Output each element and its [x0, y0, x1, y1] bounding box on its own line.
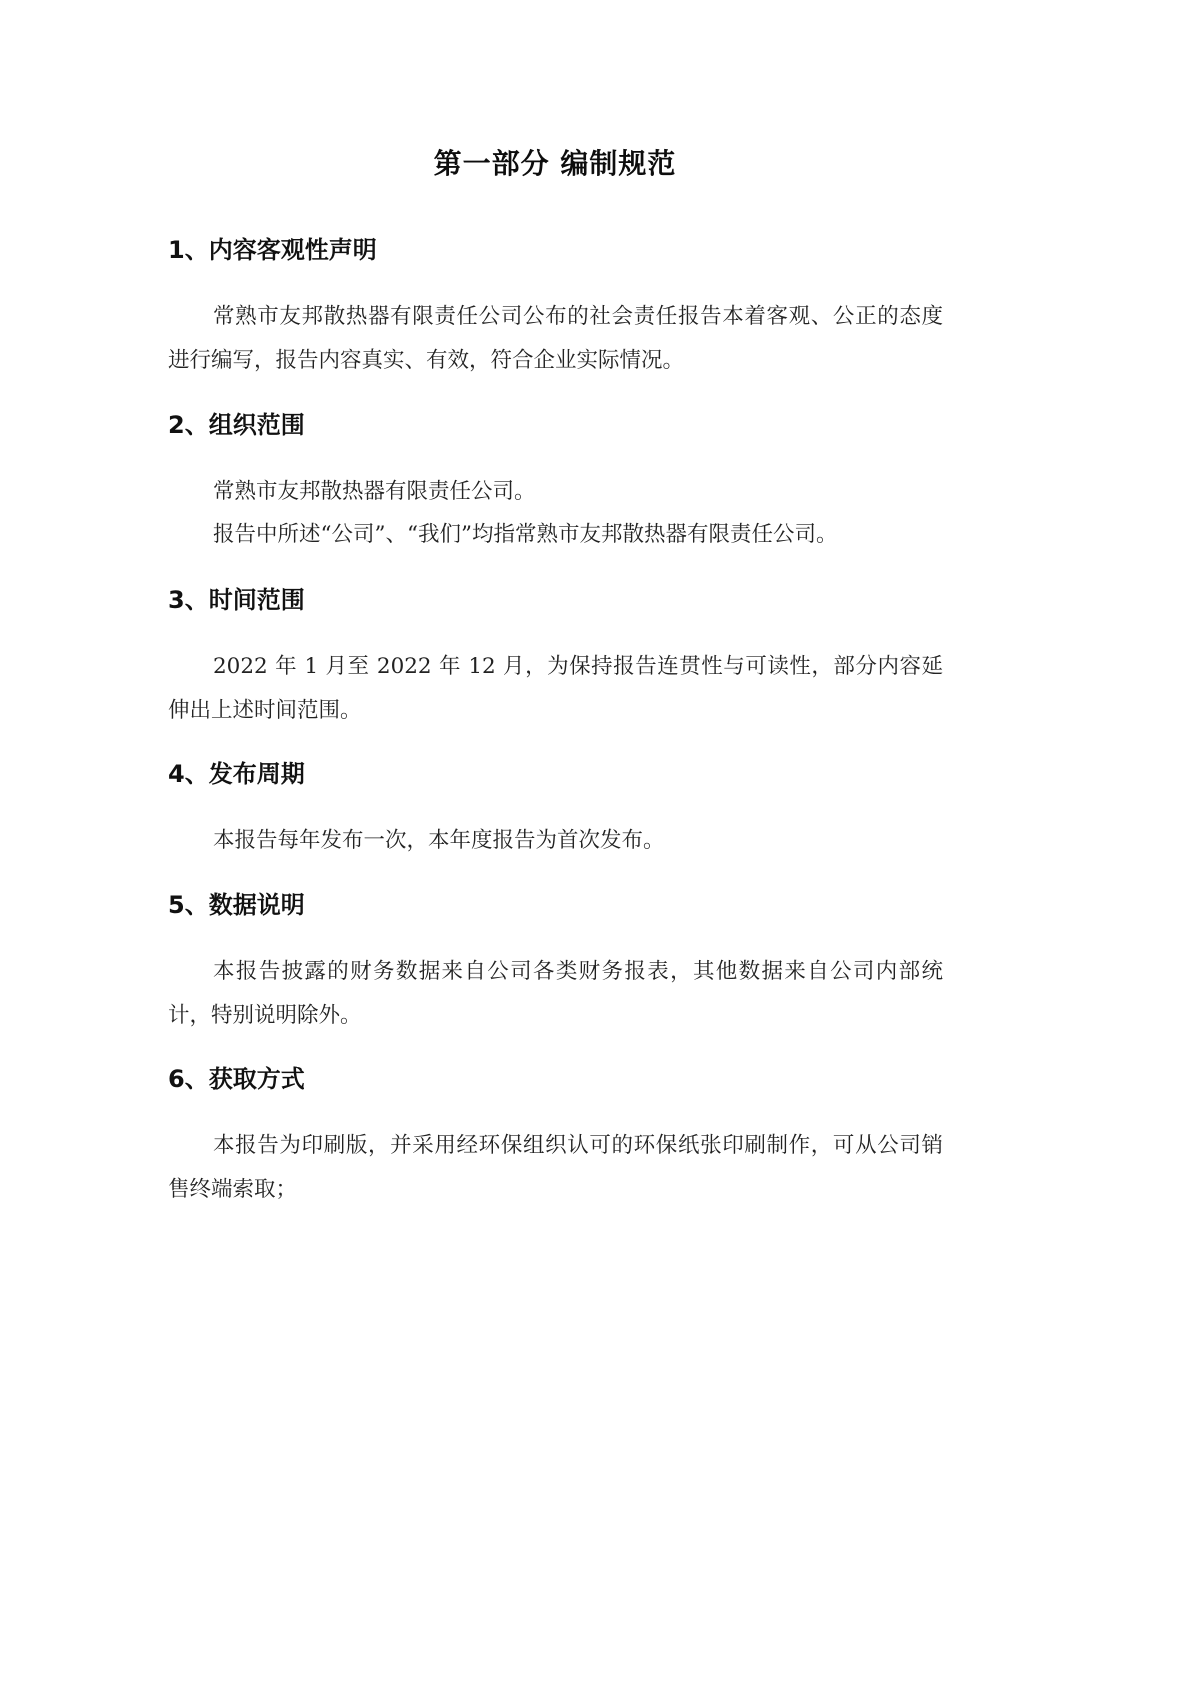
section-paragraph: 本报告每年发布一次，本年度报告为首次发布。 [168, 819, 943, 863]
section-paragraph: 常熟市友邦散热器有限责任公司。 [168, 470, 943, 514]
section-paragraph: 2022 年 1 月至 2022 年 12 月，为保持报告连贯性与可读性，部分内… [168, 645, 943, 733]
section-heading-organization-scope: 2、组织范围 [168, 408, 305, 442]
section-paragraph: 报告中所述“公司”、“我们”均指常熟市友邦散热器有限责任公司。 [168, 513, 943, 557]
section-paragraph: 本报告为印刷版，并采用经环保组织认可的环保纸张印刷制作，可从公司销售终端索取； [168, 1124, 943, 1212]
section-paragraph: 常熟市友邦散热器有限责任公司公布的社会责任报告本着客观、公正的态度进行编写，报告… [168, 295, 943, 383]
section-heading-time-scope: 3、时间范围 [168, 583, 305, 617]
section-paragraph: 本报告披露的财务数据来自公司各类财务报表，其他数据来自公司内部统计，特别说明除外… [168, 950, 943, 1038]
section-heading-publication-cycle: 4、发布周期 [168, 757, 305, 791]
page-title: 第一部分 编制规范 [0, 144, 1110, 184]
section-heading-content-objectivity: 1、内容客观性声明 [168, 233, 377, 267]
section-heading-access-method: 6、获取方式 [168, 1062, 305, 1096]
section-heading-data-description: 5、数据说明 [168, 888, 305, 922]
document-page: 第一部分 编制规范 1、内容客观性声明 常熟市友邦散热器有限责任公司公布的社会责… [0, 0, 1190, 1683]
